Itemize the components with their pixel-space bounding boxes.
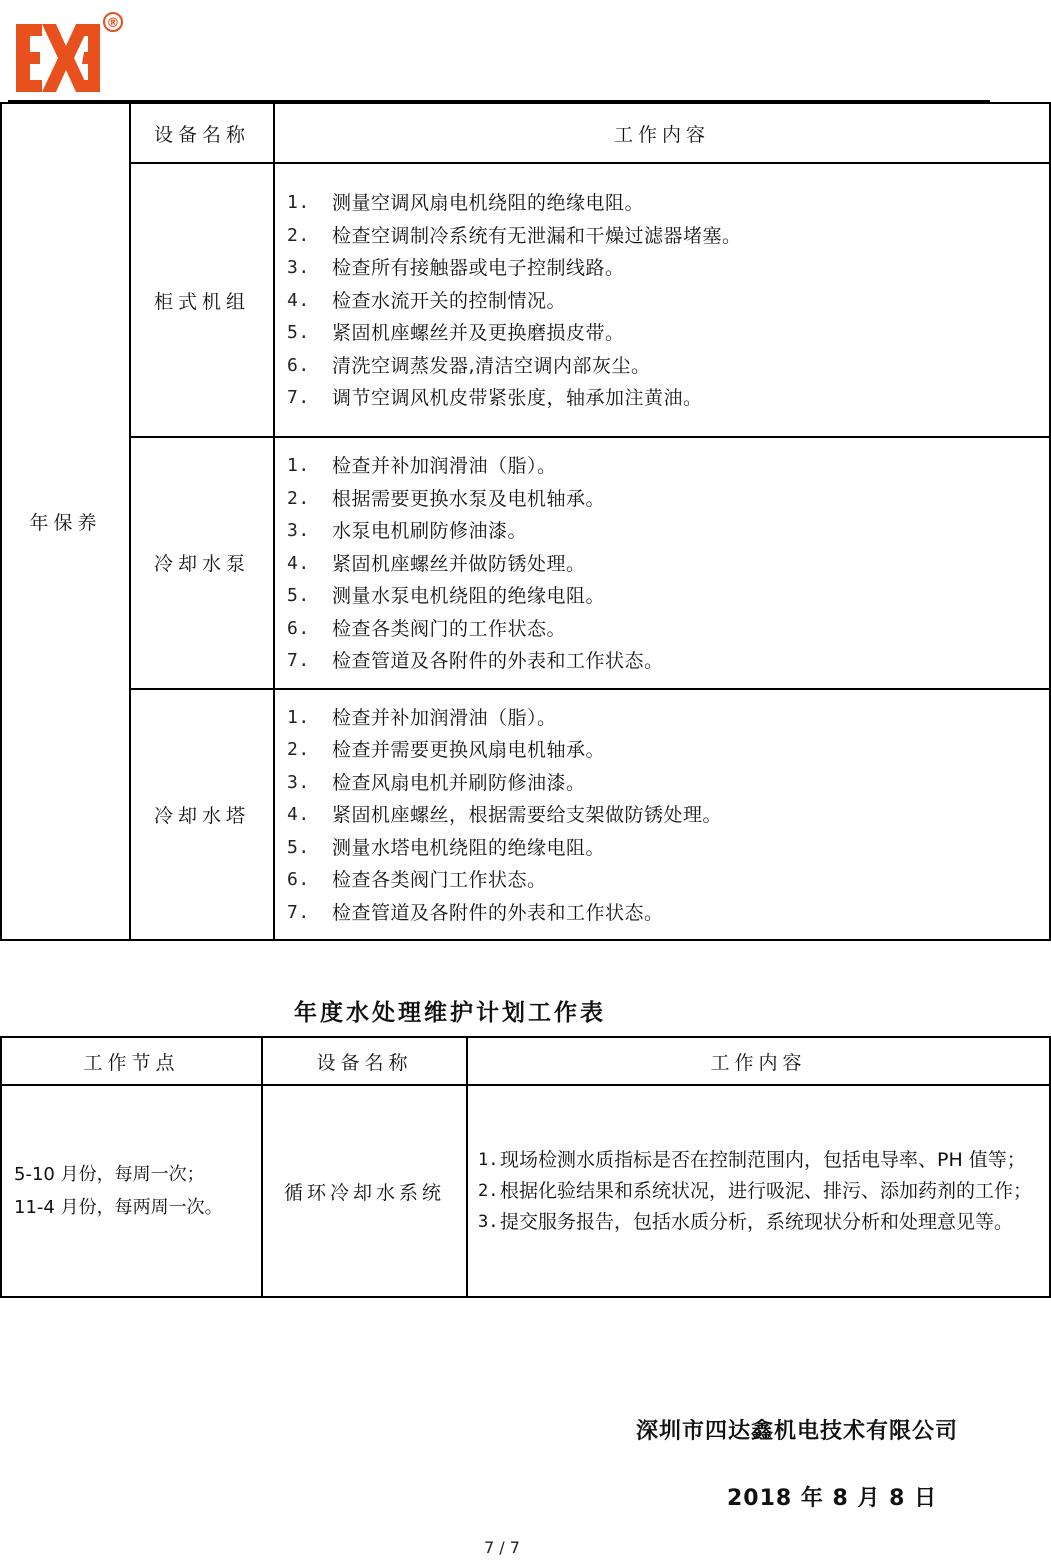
column-header-content: 工作内容: [467, 1037, 1050, 1085]
list-item: 7.调节空调风机皮带紧张度，轴承加注黄油。: [287, 382, 1049, 415]
list-item: 2.根据需要更换水泵及电机轴承。: [287, 483, 1049, 516]
schedule-cell: 5-10 月份，每周一次； 11-4 月份，每两周一次。: [1, 1085, 262, 1297]
annual-maintenance-table: 年保养 设备名称 工作内容 柜式机组 1.测量空调风扇电机绕阻的绝缘电阻。 2.…: [0, 102, 1051, 941]
list-item: 3.检查风扇电机并刷防修油漆。: [287, 767, 1049, 800]
list-item: 7.检查管道及各附件的外表和工作状态。: [287, 897, 1049, 930]
equipment-name: 柜式机组: [130, 163, 274, 437]
column-header-equipment: 设备名称: [262, 1037, 467, 1085]
list-item: 1.测量空调风扇电机绕阻的绝缘电阻。: [287, 187, 1049, 220]
list-item: 5.紧固机座螺丝并及更换磨损皮带。: [287, 317, 1049, 350]
list-item: 6.检查各类阀门工作状态。: [287, 864, 1049, 897]
document-date: 2018 年 8 月 8 日: [727, 1481, 937, 1512]
list-item: 5.测量水塔电机绕阻的绝缘电阻。: [287, 832, 1049, 865]
company-logo-icon: [12, 22, 102, 94]
page-number: 7 / 7: [484, 1538, 520, 1557]
list-item: 2.根据化验结果和系统状况，进行吸泥、排污、添加药剂的工作；: [478, 1176, 1041, 1207]
list-item: 1.现场检测水质指标是否在控制范围内，包括电导率、PH 值等；: [478, 1145, 1041, 1176]
column-header-equipment: 设备名称: [130, 103, 274, 163]
list-item: 2.检查并需要更换风扇电机轴承。: [287, 734, 1049, 767]
list-item: 4.检查水流开关的控制情况。: [287, 285, 1049, 318]
equipment-name: 循环冷却水系统: [262, 1085, 467, 1297]
task-list: 1.测量空调风扇电机绕阻的绝缘电阻。 2.检查空调制冷系统有无泄漏和干燥过滤器堵…: [274, 163, 1050, 437]
equipment-name: 冷却水泵: [130, 437, 274, 689]
list-item: 3.检查所有接触器或电子控制线路。: [287, 252, 1049, 285]
table-row: 5-10 月份，每周一次； 11-4 月份，每两周一次。 循环冷却水系统 1.现…: [1, 1085, 1050, 1297]
list-item: 3.水泵电机刷防修油漆。: [287, 515, 1049, 548]
list-item: 1.检查并补加润滑油（脂）。: [287, 450, 1049, 483]
registered-mark: ®: [103, 12, 123, 32]
table-row: 柜式机组 1.测量空调风扇电机绕阻的绝缘电阻。 2.检查空调制冷系统有无泄漏和干…: [1, 163, 1050, 437]
water-treatment-title: 年度水处理维护计划工作表: [0, 994, 900, 1027]
table-row: 冷却水塔 1.检查并补加润滑油（脂）。 2.检查并需要更换风扇电机轴承。 3.检…: [1, 689, 1050, 941]
equipment-name: 冷却水塔: [130, 689, 274, 941]
water-treatment-table: 工作节点 设备名称 工作内容 5-10 月份，每周一次； 11-4 月份，每两周…: [0, 1036, 1051, 1298]
column-header-content: 工作内容: [274, 103, 1050, 163]
task-list: 1.检查并补加润滑油（脂）。 2.根据需要更换水泵及电机轴承。 3.水泵电机刷防…: [274, 437, 1050, 689]
list-item: 2.检查空调制冷系统有无泄漏和干燥过滤器堵塞。: [287, 220, 1049, 253]
list-item: 6.清洗空调蒸发器,清洁空调内部灰尘。: [287, 350, 1049, 383]
section-label-annual-maintenance: 年保养: [1, 103, 130, 940]
task-list: 1.现场检测水质指标是否在控制范围内，包括电导率、PH 值等； 2.根据化验结果…: [467, 1085, 1050, 1297]
list-item: 5.测量水泵电机绕阻的绝缘电阻。: [287, 580, 1049, 613]
list-item: 7.检查管道及各附件的外表和工作状态。: [287, 645, 1049, 678]
list-item: 3.提交服务报告，包括水质分析，系统现状分析和处理意见等。: [478, 1207, 1041, 1238]
table-row: 冷却水泵 1.检查并补加润滑油（脂）。 2.根据需要更换水泵及电机轴承。 3.水…: [1, 437, 1050, 689]
list-item: 4.紧固机座螺丝，根据需要给支架做防锈处理。: [287, 799, 1049, 832]
list-item: 4.紧固机座螺丝并做防锈处理。: [287, 548, 1049, 581]
list-item: 1.检查并补加润滑油（脂）。: [287, 702, 1049, 735]
column-header-schedule: 工作节点: [1, 1037, 262, 1085]
list-item: 6.检查各类阀门的工作状态。: [287, 613, 1049, 646]
schedule-line: 5-10 月份，每周一次；: [14, 1158, 261, 1191]
task-list: 1.检查并补加润滑油（脂）。 2.检查并需要更换风扇电机轴承。 3.检查风扇电机…: [274, 689, 1050, 941]
schedule-line: 11-4 月份，每两周一次。: [14, 1191, 261, 1224]
company-name: 深圳市四达鑫机电技术有限公司: [636, 1414, 958, 1445]
